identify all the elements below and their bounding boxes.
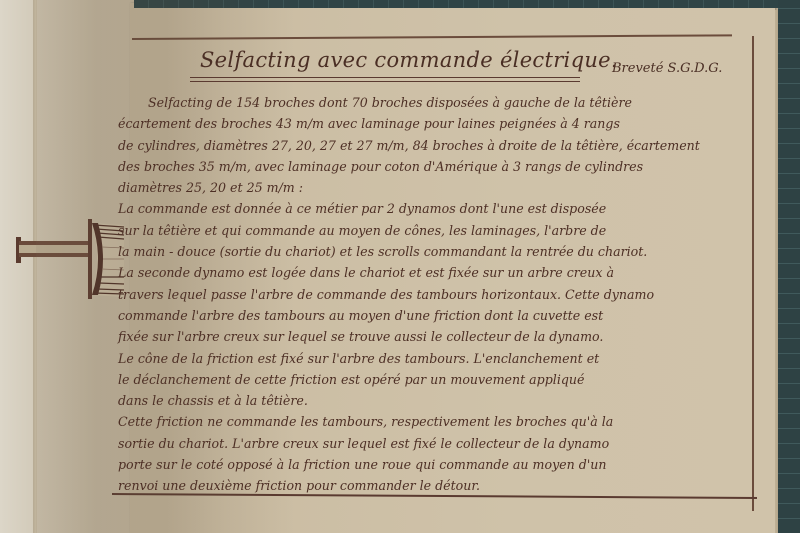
text-line: la main - douce (sortie du chariot) et l…	[118, 241, 758, 262]
text-line: commande l'arbre des tambours au moyen d…	[118, 305, 758, 326]
text-line: de cylindres, diamètres 27, 20, 27 et 27…	[118, 135, 758, 156]
page-title: Selfacting avec commande électrique.	[200, 48, 618, 72]
text-line: le déclanchement de cette friction est o…	[118, 369, 758, 390]
title-underline	[190, 77, 580, 82]
text-line: travers lequel passe l'arbre de commande…	[118, 284, 758, 305]
text-line: sortie du chariot. L'arbre creux sur leq…	[118, 433, 758, 454]
text-line: Cette friction ne commande les tambours,…	[118, 411, 758, 432]
text-line: diamètres 25, 20 et 25 m/m :	[118, 177, 758, 198]
text-line: fixée sur l'arbre creux sur lequel se tr…	[118, 326, 758, 347]
text-line: La seconde dynamo est logée dans le char…	[118, 262, 758, 283]
cutting-mat-background	[134, 0, 800, 8]
text-line: porte sur le coté opposé à la friction u…	[118, 454, 758, 475]
text-line: Selfacting de 154 broches dont 70 broche…	[118, 92, 758, 113]
text-line: sur la têtière et qui commande au moyen …	[118, 220, 758, 241]
text-line: dans le chassis et à la têtière.	[118, 390, 758, 411]
text-line: Le cône de la friction est fixé sur l'ar…	[118, 348, 758, 369]
photographed-manuscript-page: Selfacting avec commande électrique. Bre…	[0, 0, 800, 533]
patent-note: Breveté S.G.D.G.	[612, 61, 722, 76]
text-line: renvoi une deuxième friction pour comman…	[118, 475, 758, 496]
text-line: La commande est donnée à ce métier par 2…	[118, 198, 758, 219]
cutting-mat-background-right	[778, 0, 800, 533]
text-line: écartement des broches 43 m/m avec lamin…	[118, 113, 758, 134]
manuscript-body: Selfacting de 154 broches dont 70 broche…	[118, 92, 758, 497]
engraved-drum-spindle-icon	[14, 215, 124, 300]
text-line: des broches 35 m/m, avec laminage pour c…	[118, 156, 758, 177]
